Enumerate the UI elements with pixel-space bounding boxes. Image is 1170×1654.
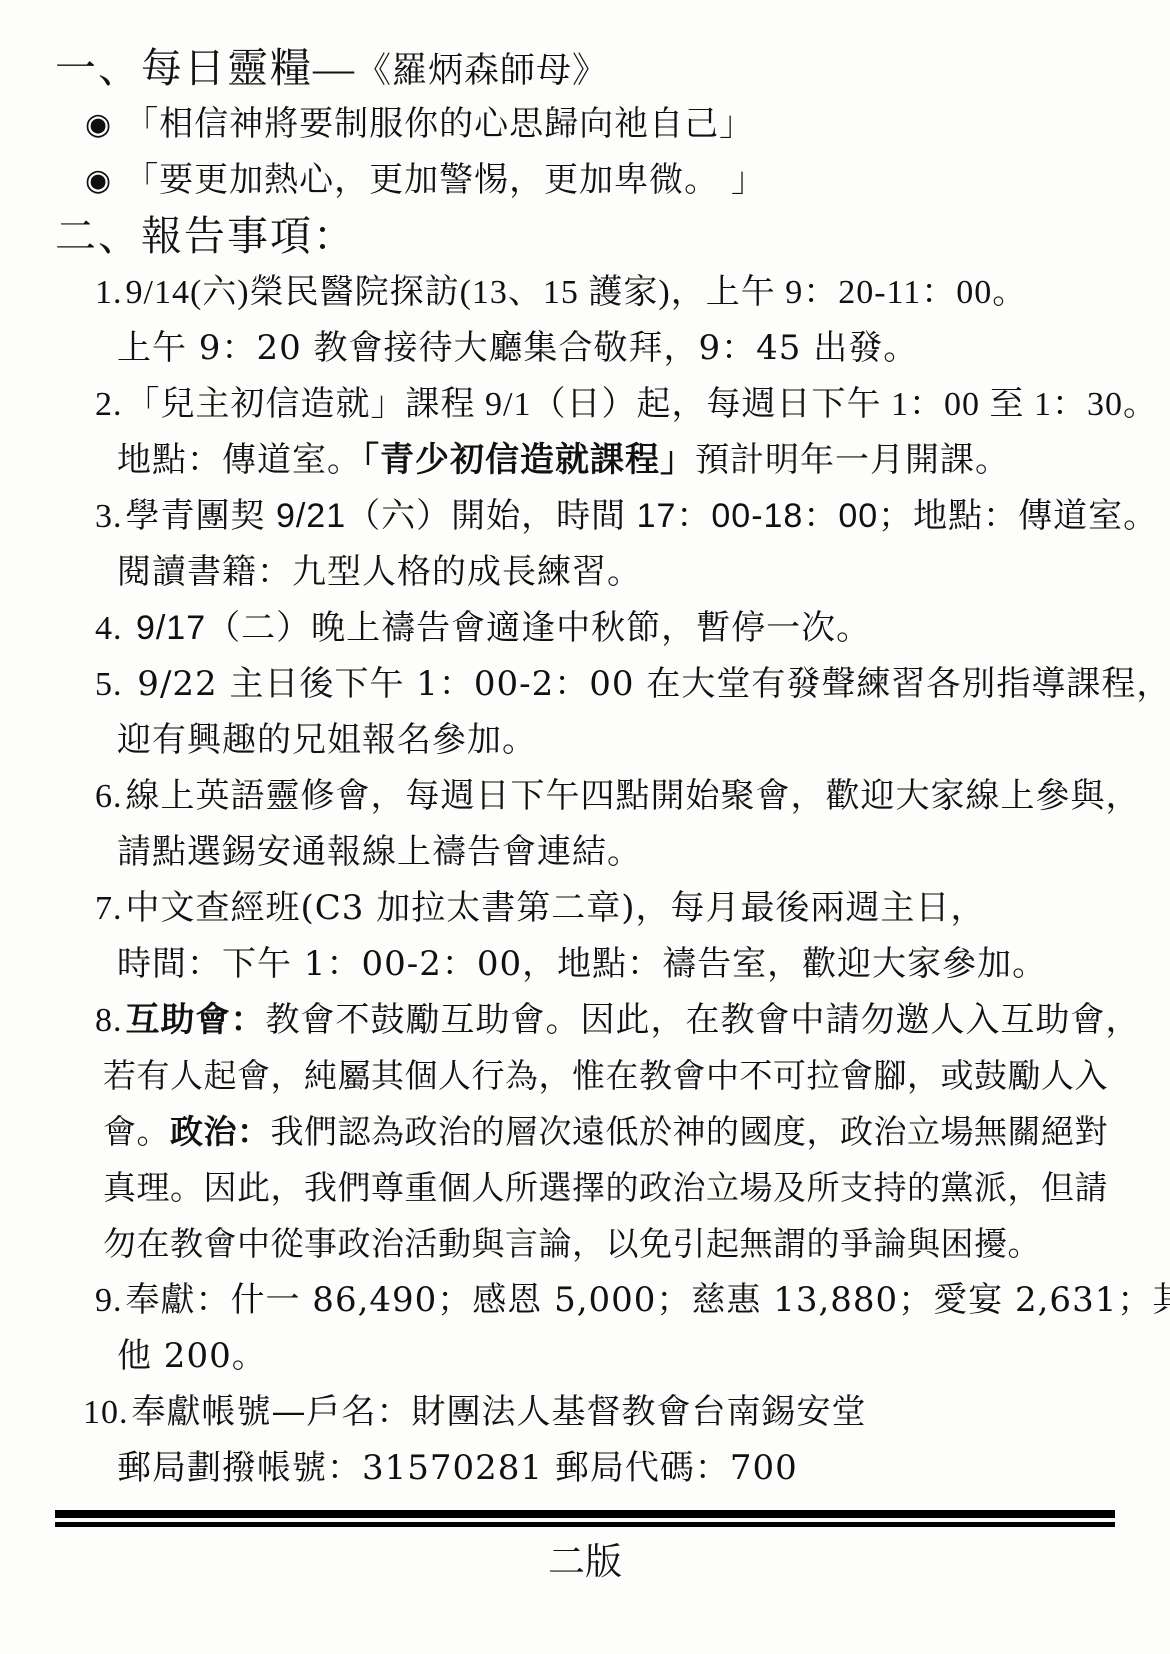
text-segment: 政治： xyxy=(170,1113,271,1150)
item-number: 9. xyxy=(95,1282,123,1319)
announcement-item-2: 2.「兒主初信造就」課程 9/1（日）起，每週日下午 1：00 至 1：30。 xyxy=(55,376,1115,432)
text-segment: 會。 xyxy=(103,1112,170,1151)
announcement-item-9-cont: 他 200。 xyxy=(55,1328,1115,1384)
page-number: 二版 xyxy=(548,1540,622,1583)
item-number: 2. xyxy=(95,386,123,423)
announcements-heading-text: 二、報告事項： xyxy=(55,213,356,259)
announcement-item-7-cont: 時間：下午 1：00-2：00，地點：禱告室，歡迎大家參加。 xyxy=(55,936,1115,992)
announcement-item-2-cont: 地點：傳道室。「青少初信造就課程」預計明年一月開課。 xyxy=(55,432,1115,488)
item-number: 3. xyxy=(95,498,123,535)
item-number: 4. xyxy=(95,610,123,647)
announcement-item-8: 8.互助會：教會不鼓勵互助會。因此，在教會中請勿邀人入互助會， xyxy=(55,992,1115,1048)
text-segment: 郵局劃撥帳號：31570281 郵局代碼：700 xyxy=(117,1448,798,1488)
item-number: 6. xyxy=(95,778,123,815)
announcement-item-8-cont: 會。政治：我們認為政治的層次遠低於神的國度，政治立場無關絕對 xyxy=(55,1104,1115,1160)
text-segment: 真理。因此，我們尊重個人所選擇的政治立場及所支持的黨派，但請 xyxy=(103,1168,1108,1207)
announcement-item-4: 4. 9/17（二）晚上禱告會適逢中秋節，暫停一次。 xyxy=(55,600,1115,656)
announcement-item-6-cont: 請點選錫安通報線上禱告會連結。 xyxy=(55,824,1115,880)
text-segment: 時間：下午 1：00-2：00，地點：禱告室，歡迎大家參加。 xyxy=(117,944,1047,984)
devotional-quote-text: 「相信神將要制服你的心思歸向祂自己」 xyxy=(124,104,754,144)
text-segment: 奉獻帳號—戶名：財團法人基督教會台南錫安堂 xyxy=(132,1392,867,1432)
item-number: 8. xyxy=(95,1002,123,1039)
text-segment: 他 200。 xyxy=(117,1336,267,1376)
announcement-item-5: 5. 9/22 主日後下午 1：00-2：00 在大堂有發聲練習各別指導課程，歡 xyxy=(55,656,1115,712)
text-segment: 請點選錫安通報線上禱告會連結。 xyxy=(117,832,642,872)
text-segment: 教會不鼓勵互助會。因此，在教會中請勿邀人入互助會， xyxy=(266,1000,1141,1040)
announcement-item-10: 10.奉獻帳號—戶名：財團法人基督教會台南錫安堂 xyxy=(55,1384,1115,1440)
text-segment: 若有人起會，純屬其個人行為，惟在教會中不可拉會腳，或鼓勵人入 xyxy=(103,1056,1108,1095)
devotional-quote-1: ◉「相信神將要制服你的心思歸向祂自己」 xyxy=(55,96,1115,152)
text-segment: 課程 9/1（日）起，每週日下午 1：00 至 1：30。 xyxy=(406,386,1158,423)
announcement-item-3: 3.學青團契 9/21（六）開始，時間 17：00-18：00；地點：傳道室。 xyxy=(55,488,1115,544)
item-number: 1. xyxy=(95,274,123,311)
text-segment: 9/17（二）晚上禱告會適逢中秋節，暫停一次。 xyxy=(126,609,872,647)
announcement-item-3-cont: 閱讀書籍：九型人格的成長練習。 xyxy=(55,544,1115,600)
announcement-item-10-cont: 郵局劃撥帳號：31570281 郵局代碼：700 xyxy=(55,1440,1115,1496)
text-segment: 線上英語靈修會，每週日下午四點開始聚會，歡迎大家線上參與， xyxy=(126,776,1141,816)
fisheye-bullet-icon: ◉ xyxy=(85,97,112,153)
text-segment: 「青少初信造就課程」 xyxy=(362,441,695,479)
bulletin-body: 一、每日靈糧—《羅炳森師母》 ◉「相信神將要制服你的心思歸向祂自己」 ◉「要更加… xyxy=(0,0,1170,1496)
announcement-item-5-cont: 迎有興趣的兄姐報名參加。 xyxy=(55,712,1115,768)
announcement-item-1: 1.9/14(六)榮民醫院探訪(13、15 護家)，上午 9：20-11：00。 xyxy=(55,264,1115,320)
text-segment: 9/14(六)榮民醫院探訪(13、15 護家)，上午 9：20-11：00。 xyxy=(126,274,1028,311)
footer-divider xyxy=(55,1510,1115,1527)
announcement-item-9: 9.奉獻：什一 86,490；感恩 5,000；慈惠 13,880；愛宴 2,6… xyxy=(55,1272,1115,1328)
text-segment: 學青團契 9/21（六）開始，時間 17：00-18：00；地點：傳道室。 xyxy=(126,497,1159,535)
item-number: 5. xyxy=(95,666,123,703)
item-number: 10. xyxy=(83,1394,129,1431)
text-segment: 9/22 主日後下午 1：00-2：00 在大堂有發聲練習各別指導課程，歡 xyxy=(126,664,1170,704)
text-segment: 奉獻：什一 86,490；感恩 5,000；慈惠 13,880；愛宴 2,631… xyxy=(126,1280,1170,1320)
footer: 二版 xyxy=(0,1537,1170,1587)
devotional-heading-source: 《羅炳森師母》 xyxy=(356,51,608,91)
text-segment: 閱讀書籍：九型人格的成長練習。 xyxy=(117,552,642,592)
devotional-quote-2: ◉「要更加熱心，更加警惕，更加卑微。 」 xyxy=(55,152,1115,208)
text-segment: 地點：傳道室。 xyxy=(117,440,362,480)
bulletin-page: 一、每日靈糧—《羅炳森師母》 ◉「相信神將要制服你的心思歸向祂自己」 ◉「要更加… xyxy=(0,0,1170,1654)
announcement-item-8-cont: 若有人起會，純屬其個人行為，惟在教會中不可拉會腳，或鼓勵人入 xyxy=(55,1048,1115,1104)
text-segment: 中文查經班(C3 加拉太書第二章)，每月最後兩週主日， xyxy=(126,888,986,928)
announcements-heading: 二、報告事項： xyxy=(55,208,1115,264)
announcement-item-7: 7.中文查經班(C3 加拉太書第二章)，每月最後兩週主日， xyxy=(55,880,1115,936)
devotional-heading-title: 一、每日靈糧— xyxy=(55,45,356,91)
text-segment: 互助會： xyxy=(126,1001,266,1039)
text-segment: 預計明年一月開課。 xyxy=(695,440,1010,480)
text-segment: 上午 9：20 教會接待大廳集合敬拜，9：45 出發。 xyxy=(117,328,918,368)
announcement-item-6: 6.線上英語靈修會，每週日下午四點開始聚會，歡迎大家線上參與， xyxy=(55,768,1115,824)
announcement-item-8-cont: 真理。因此，我們尊重個人所選擇的政治立場及所支持的黨派，但請 xyxy=(55,1160,1115,1216)
text-segment: 「兒主初信造就」 xyxy=(126,385,406,423)
devotional-heading: 一、每日靈糧—《羅炳森師母》 xyxy=(55,40,1115,96)
fisheye-bullet-icon: ◉ xyxy=(85,153,112,209)
text-segment: 我們認為政治的層次遠低於神的國度，政治立場無關絕對 xyxy=(271,1112,1109,1151)
announcement-item-8-cont: 勿在教會中從事政治活動與言論，以免引起無謂的爭論與困擾。 xyxy=(55,1216,1115,1272)
text-segment: 迎有興趣的兄姐報名參加。 xyxy=(117,720,537,760)
devotional-quote-text: 「要更加熱心，更加警惕，更加卑微。 」 xyxy=(124,160,766,200)
text-segment: 勿在教會中從事政治活動與言論，以免引起無謂的爭論與困擾。 xyxy=(103,1224,1041,1263)
announcement-item-1-cont: 上午 9：20 教會接待大廳集合敬拜，9：45 出發。 xyxy=(55,320,1115,376)
item-number: 7. xyxy=(95,890,123,927)
